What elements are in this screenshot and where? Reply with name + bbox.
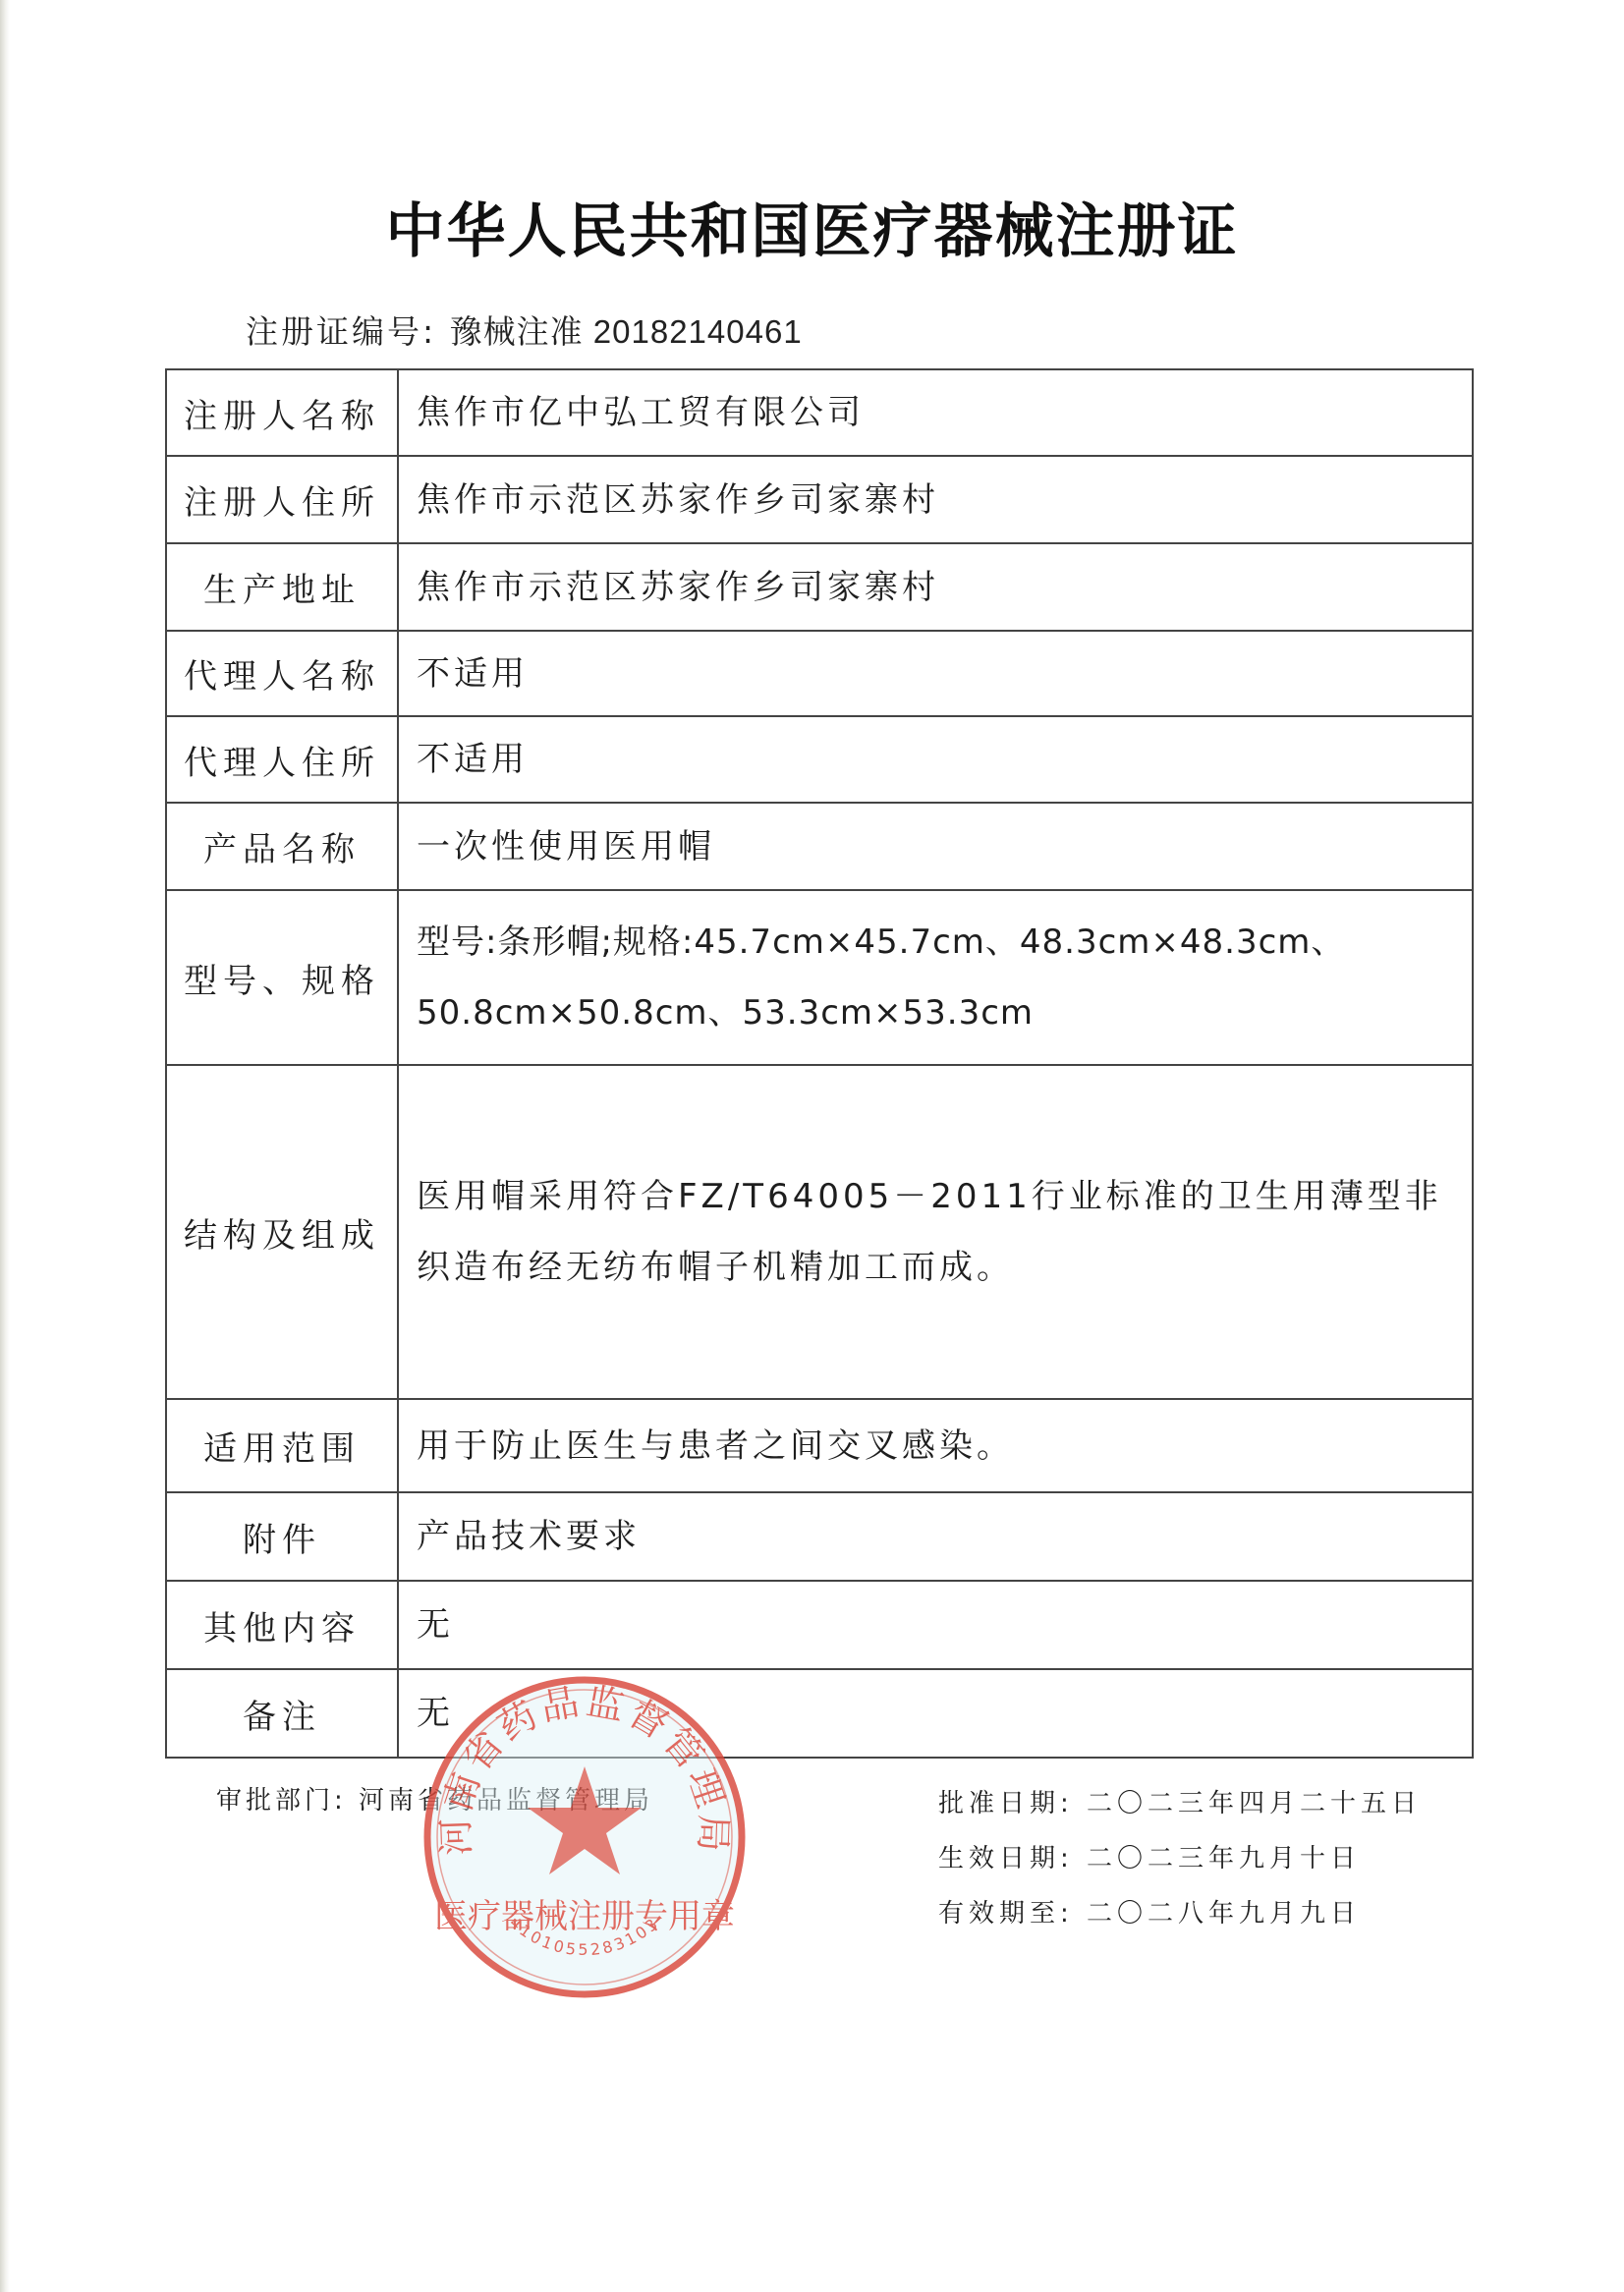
row-value: 焦作市示范区苏家作乡司家寨村 — [398, 456, 1473, 543]
row-value: 产品技术要求 — [398, 1492, 1473, 1581]
expiry-date: 有效期至: 二〇二八年九月九日 — [938, 1886, 1422, 1941]
row-label: 其他内容 — [166, 1581, 398, 1669]
date-block: 批准日期: 二〇二三年四月二十五日 生效日期: 二〇二三年九月十日 有效期至: … — [938, 1776, 1422, 1941]
certificate-table: 注册人名称 焦作市亿中弘工贸有限公司 注册人住所 焦作市示范区苏家作乡司家寨村 … — [165, 368, 1474, 1759]
row-label: 产品名称 — [166, 803, 398, 890]
scan-edge — [0, 0, 10, 2292]
row-value: 不适用 — [398, 631, 1473, 716]
table-row: 结构及组成 医用帽采用符合FZ/T64005－2011行业标准的卫生用薄型非织造… — [166, 1065, 1473, 1399]
table-row: 代理人名称 不适用 — [166, 631, 1473, 716]
row-value: 无 — [398, 1581, 1473, 1669]
seal-inner-text: 医疗器械注册专用章 — [434, 1897, 735, 1936]
row-label: 附件 — [166, 1492, 398, 1581]
row-label: 注册人住所 — [166, 456, 398, 543]
table-row: 注册人名称 焦作市亿中弘工贸有限公司 — [166, 369, 1473, 456]
registration-number-label: 注册证编号: — [246, 312, 436, 351]
row-value: 一次性使用医用帽 — [398, 803, 1473, 890]
row-label: 注册人名称 — [166, 369, 398, 456]
row-value: 医用帽采用符合FZ/T64005－2011行业标准的卫生用薄型非织造布经无纺布帽… — [398, 1065, 1473, 1399]
registration-number-value: 豫械注准 20182140461 — [450, 313, 803, 350]
table-row: 附件 产品技术要求 — [166, 1492, 1473, 1581]
row-value: 焦作市示范区苏家作乡司家寨村 — [398, 543, 1473, 631]
row-label: 适用范围 — [166, 1399, 398, 1492]
official-seal-icon: 河南省药品监督管理局 医疗器械注册专用章 4101055283103 — [418, 1670, 752, 2004]
row-value: 用于防止医生与患者之间交叉感染。 — [398, 1399, 1473, 1492]
table-row: 备注 无 — [166, 1669, 1473, 1758]
table-row: 生产地址 焦作市示范区苏家作乡司家寨村 — [166, 543, 1473, 631]
row-label: 代理人住所 — [166, 716, 398, 803]
document-title: 中华人民共和国医疗器械注册证 — [0, 185, 1624, 269]
table-row: 产品名称 一次性使用医用帽 — [166, 803, 1473, 890]
row-value: 不适用 — [398, 716, 1473, 803]
row-label: 备注 — [166, 1669, 398, 1758]
row-label: 结构及组成 — [166, 1065, 398, 1399]
table-row: 适用范围 用于防止医生与患者之间交叉感染。 — [166, 1399, 1473, 1492]
table-row: 注册人住所 焦作市示范区苏家作乡司家寨村 — [166, 456, 1473, 543]
row-value: 焦作市亿中弘工贸有限公司 — [398, 369, 1473, 456]
approval-date: 批准日期: 二〇二三年四月二十五日 — [938, 1776, 1422, 1831]
table-row: 代理人住所 不适用 — [166, 716, 1473, 803]
row-label: 生产地址 — [166, 543, 398, 631]
registration-number: 注册证编号: 豫械注准 20182140461 — [246, 307, 803, 353]
table-row: 其他内容 无 — [166, 1581, 1473, 1669]
table-row: 型号、规格 型号:条形帽;规格:45.7cm×45.7cm、48.3cm×48.… — [166, 890, 1473, 1065]
effective-date: 生效日期: 二〇二三年九月十日 — [938, 1831, 1422, 1886]
row-label: 型号、规格 — [166, 890, 398, 1065]
row-value: 型号:条形帽;规格:45.7cm×45.7cm、48.3cm×48.3cm、50… — [398, 890, 1473, 1065]
row-label: 代理人名称 — [166, 631, 398, 716]
